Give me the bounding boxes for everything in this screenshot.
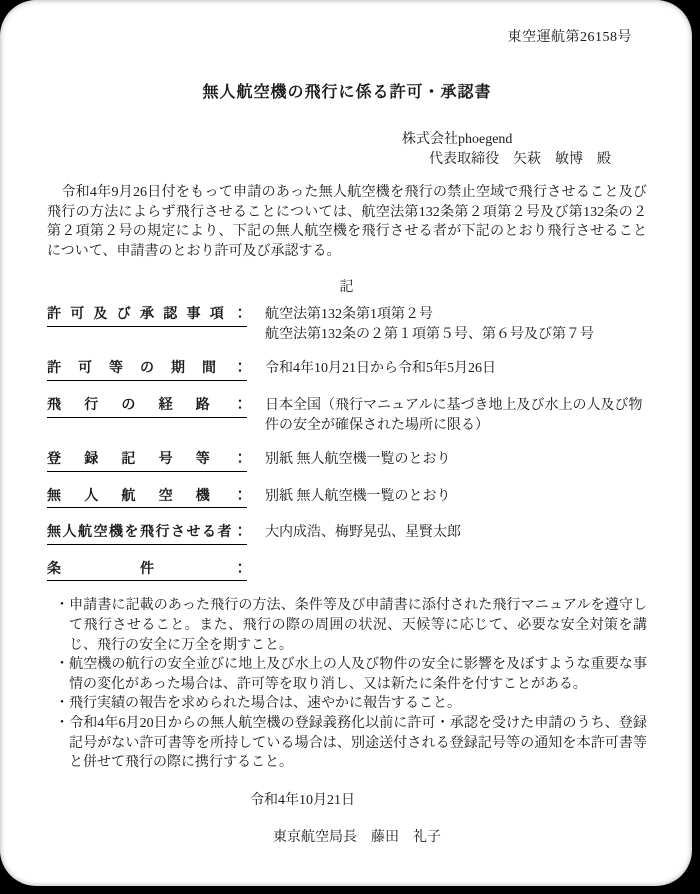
item-value: 別紙 無人航空機一覧のとおり: [265, 450, 647, 470]
item-row-uav: 無人航空機： 別紙 無人航空機一覧のとおり: [47, 487, 647, 509]
issue-date: 令和4年10月21日: [250, 791, 647, 811]
condition-item: ・航空機の航行の安全並びに地上及び水上の人及び物件の安全に影響を及ぼすような重要…: [55, 655, 647, 694]
item-row-permit-period: 許可等の期間： 令和4年10月21日から令和5年5月26日: [47, 359, 647, 381]
item-value: 別紙 無人航空機一覧のとおり: [265, 487, 647, 507]
item-label: 無人航空機を飛行させる者：: [47, 523, 247, 545]
addressee-block: 株式会社phoegend 代表取締役 矢萩 敏博 殿: [402, 130, 647, 169]
doc-number: 東空運航第26158号: [47, 28, 647, 48]
item-row-approval-matters: 許可及び承認事項： 航空法第132条第1項第２号 航空法第132条の２第１項第５…: [47, 305, 647, 344]
addressee-company: 株式会社phoegend: [402, 130, 647, 150]
item-label: 許可等の期間：: [47, 359, 247, 381]
item-row-flight-route: 飛行の経路： 日本全国（飛行マニュアルに基づき地上及び水上の人及び物件の安全が確…: [47, 396, 647, 435]
item-row-operators: 無人航空機を飛行させる者： 大内成浩、梅野晃弘、星賢太郎: [47, 523, 647, 545]
condition-item: ・申請書に記載のあった飛行の方法、条件等及び申請書に添付された飛行マニュアルを遵…: [55, 596, 647, 655]
doc-title: 無人航空機の飛行に係る許可・承認書: [47, 82, 647, 104]
condition-item: ・飛行実績の報告を求められた場合は、速やかに報告すること。: [55, 694, 647, 714]
conditions-list: ・申請書に記載のあった飛行の方法、条件等及び申請書に添付された飛行マニュアルを遵…: [55, 596, 647, 772]
document-canvas: 東空運航第26158号 無人航空機の飛行に係る許可・承認書 株式会社phoege…: [0, 0, 700, 894]
condition-item: ・令和4年6月20日からの無人航空機の登録義務化以前に許可・承認を受けた申請のう…: [55, 714, 647, 773]
record-heading: 記: [47, 278, 647, 298]
body-paragraph: 令和4年9月26日付をもって申請のあった無人航空機を飛行の禁止空域で飛行させるこ…: [47, 183, 647, 261]
item-label: 登録記号等：: [47, 450, 247, 472]
signer-name: 東京航空局長 藤田 礼子: [273, 828, 647, 848]
item-label: 条件：: [47, 560, 247, 582]
permit-document-page: 東空運航第26158号 無人航空機の飛行に係る許可・承認書 株式会社phoege…: [0, 0, 692, 886]
item-row-registration-number: 登録記号等： 別紙 無人航空機一覧のとおり: [47, 450, 647, 472]
item-value: 日本全国（飛行マニュアルに基づき地上及び水上の人及び物件の安全が確保された場所に…: [265, 396, 647, 435]
item-value: 大内成浩、梅野晃弘、星賢太郎: [265, 523, 647, 543]
item-value: 令和4年10月21日から令和5年5月26日: [265, 359, 647, 379]
item-row-conditions: 条件：: [47, 560, 647, 582]
item-label: 飛行の経路：: [47, 396, 247, 418]
permit-items: 許可及び承認事項： 航空法第132条第1項第２号 航空法第132条の２第１項第５…: [47, 305, 647, 581]
addressee-representative: 代表取締役 矢萩 敏博 殿: [429, 150, 647, 170]
item-label: 無人航空機：: [47, 487, 247, 509]
item-value: 航空法第132条第1項第２号 航空法第132条の２第１項第５号、第６号及び第７号: [265, 305, 647, 344]
item-label: 許可及び承認事項：: [47, 305, 247, 327]
